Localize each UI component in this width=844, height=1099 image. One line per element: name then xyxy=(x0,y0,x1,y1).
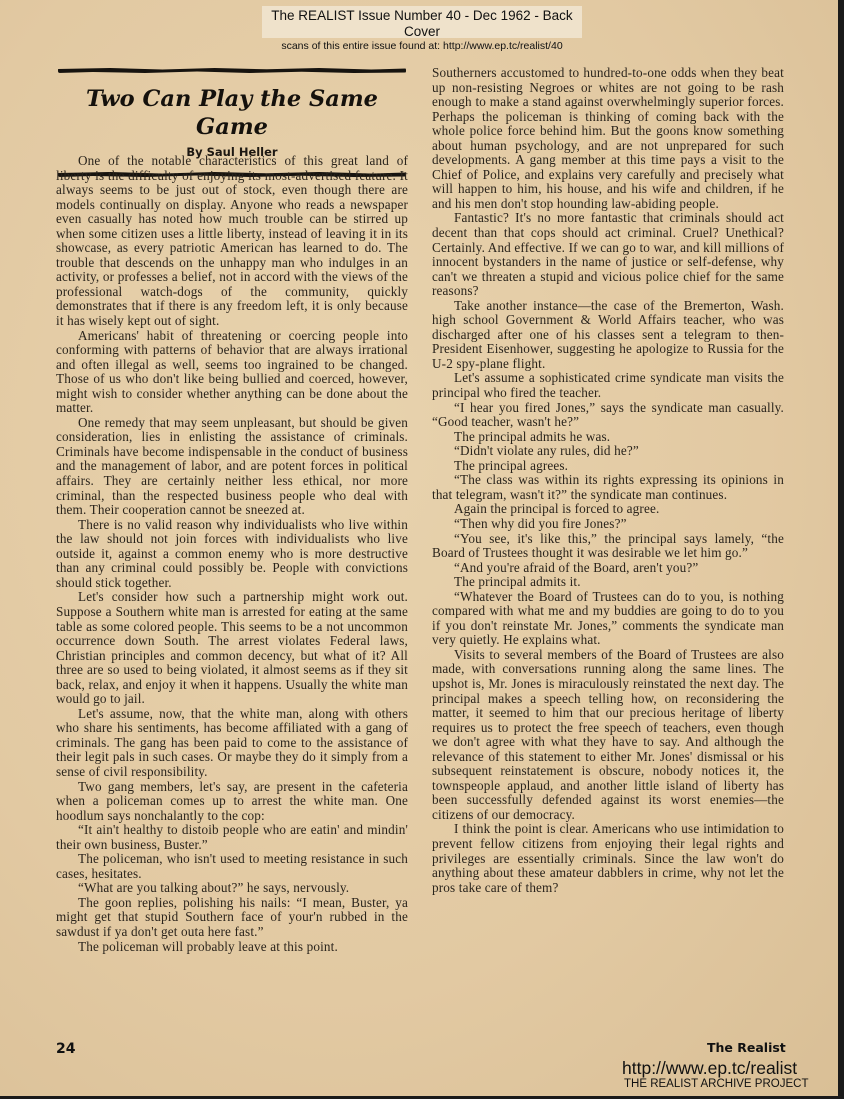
paragraph: One remedy that may seem unpleasant, but… xyxy=(56,416,408,518)
paragraph: “Whatever the Board of Trustees can do t… xyxy=(432,590,784,648)
paragraph: One of the notable characteristics of th… xyxy=(56,154,408,329)
left-column: One of the notable characteristics of th… xyxy=(56,154,408,954)
archive-project-label: THE REALIST ARCHIVE PROJECT xyxy=(624,1078,808,1090)
article-title: Two Can Play the Same Game xyxy=(56,85,408,141)
paragraph: “You see, it's like this,” the principal… xyxy=(432,532,784,561)
paragraph: Two gang members, let's say, are present… xyxy=(56,780,408,824)
paragraph: The principal admits it. xyxy=(432,575,784,590)
paragraph: “Didn't violate any rules, did he?” xyxy=(432,444,784,459)
scan-edge-right xyxy=(838,0,844,1099)
issue-info: The REALIST Issue Number 40 - Dec 1962 -… xyxy=(262,8,582,40)
paragraph: Americans' habit of threatening or coerc… xyxy=(56,329,408,416)
paragraph: “And you're afraid of the Board, aren't … xyxy=(432,561,784,576)
paragraph-continued: Southerners accustomed to hundred-to-one… xyxy=(432,66,784,211)
magazine-page: The REALIST Issue Number 40 - Dec 1962 -… xyxy=(0,0,838,1096)
paragraph: “Then why did you fire Jones?” xyxy=(432,517,784,532)
right-column: Southerners accustomed to hundred-to-one… xyxy=(432,66,784,895)
page-number: 24 xyxy=(56,1041,75,1057)
paragraph: Let's assume, now, that the white man, a… xyxy=(56,707,408,780)
paragraph: Again the principal is forced to agree. xyxy=(432,502,784,517)
paragraph: I think the point is clear. Americans wh… xyxy=(432,822,784,895)
paragraph: Let's consider how such a partnership mi… xyxy=(56,590,408,706)
paragraph: “It ain't healthy to distoib people who … xyxy=(56,823,408,852)
paragraph: The goon replies, polishing his nails: “… xyxy=(56,896,408,940)
paragraph: The policeman will probably leave at thi… xyxy=(56,940,408,955)
magazine-name: The Realist xyxy=(707,1040,786,1055)
decorative-rule-top xyxy=(58,68,406,73)
archive-header-banner: The REALIST Issue Number 40 - Dec 1962 -… xyxy=(262,6,582,38)
paragraph: “What are you talking about?” he says, n… xyxy=(56,881,408,896)
paragraph: Take another instance—the case of the Br… xyxy=(432,299,784,372)
scan-source-note: scans of this entire issue found at: htt… xyxy=(262,40,582,53)
paragraph: Fantastic? It's no more fantastic that c… xyxy=(432,211,784,298)
paragraph: The principal agrees. xyxy=(432,459,784,474)
paragraph: The policeman, who isn't used to meeting… xyxy=(56,852,408,881)
archive-url-link[interactable]: http://www.ep.tc/realist xyxy=(622,1058,797,1079)
paragraph: “I hear you fired Jones,” says the syndi… xyxy=(432,401,784,430)
paragraph: Let's assume a sophisticated crime syndi… xyxy=(432,371,784,400)
paragraph: Visits to several members of the Board o… xyxy=(432,648,784,823)
paragraph: “The class was within its rights express… xyxy=(432,473,784,502)
paragraph: There is no valid reason why individuali… xyxy=(56,518,408,591)
paragraph: The principal admits he was. xyxy=(432,430,784,445)
